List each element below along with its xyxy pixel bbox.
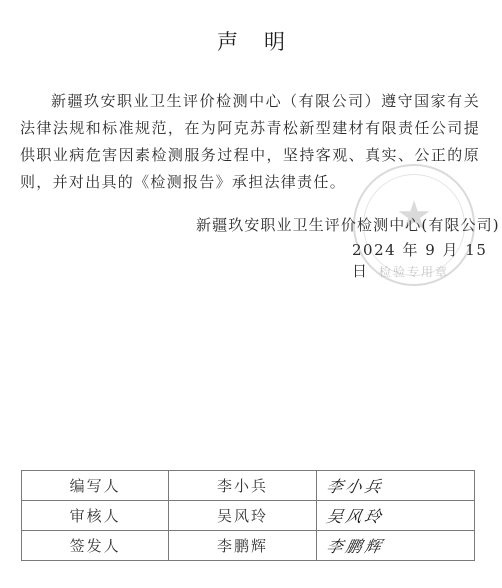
table-row: 签发人 李鹏辉 李鹏辉 — [22, 531, 475, 561]
issue-date: 2024 年 9 月 15 日 — [352, 239, 502, 281]
handwritten-signature: 李鹏辉 — [324, 534, 386, 557]
role-cell: 编写人 — [22, 471, 169, 501]
table-row: 编写人 李小兵 李小兵 — [22, 471, 475, 501]
role-cell: 签发人 — [22, 531, 169, 561]
name-cell: 李鹏辉 — [169, 531, 316, 561]
handwritten-signature: 吴风玲 — [324, 504, 386, 527]
document-title: 声明 — [0, 26, 502, 56]
signature-cell: 李小兵 — [316, 471, 474, 501]
name-cell: 李小兵 — [169, 471, 316, 501]
handwritten-signature: 李小兵 — [324, 474, 386, 497]
role-cell: 审核人 — [22, 501, 169, 531]
name-cell: 吴风玲 — [169, 501, 316, 531]
table-row: 审核人 吴风玲 吴风玲 — [22, 501, 475, 531]
signature-table: 编写人 李小兵 李小兵 审核人 吴风玲 吴风玲 签发人 李鹏辉 李鹏辉 — [21, 470, 475, 561]
signature-cell: 吴风玲 — [316, 501, 474, 531]
signature-cell: 李鹏辉 — [316, 531, 474, 561]
organization-name: 新疆玖安职业卫生评价检测中心(有限公司) — [196, 214, 500, 235]
